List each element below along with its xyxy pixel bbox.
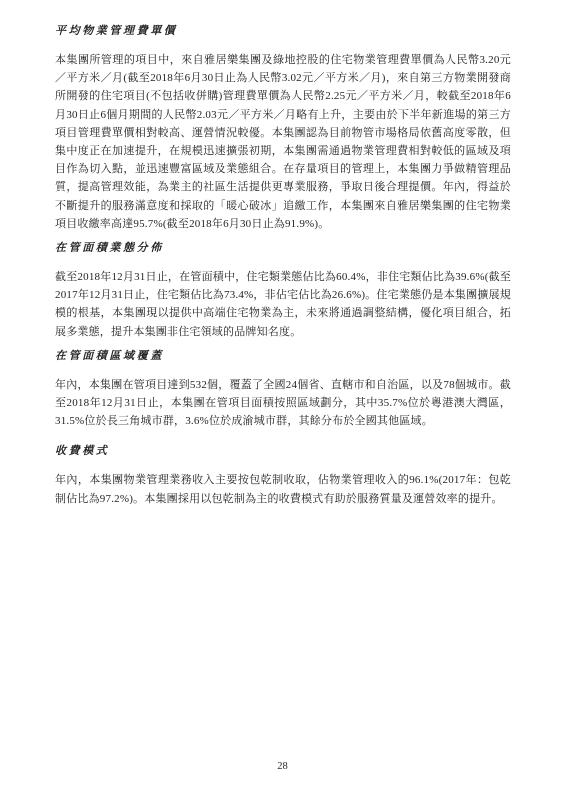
section-gfa-regional-coverage: 在管面積區域覆蓋 年內，本集團在管項目達到532個，覆蓋了全國24個省、直轄市和… [55, 349, 511, 431]
section-fee-model: 收費模式 年內，本集團物業管理業務收入主要按包乾制收取，佔物業管理收入的96.1… [55, 444, 511, 507]
page-number: 28 [0, 761, 565, 772]
document-page: 平均物業管理費單價 本集團所管理的項目中，來自雅居樂集團及綠地控股的住宅物業管理… [0, 0, 565, 800]
heading-gfa-regional-coverage: 在管面積區域覆蓋 [55, 349, 511, 363]
page-content: 平均物業管理費單價 本集團所管理的項目中，來自雅居樂集團及綠地控股的住宅物業管理… [55, 24, 511, 508]
paragraph-gfa-business-mix: 截至2018年12月31日止，在管面積中，住宅類業態佔比為60.4%，非住宅類佔… [55, 268, 511, 341]
paragraph-fee-model: 年內，本集團物業管理業務收入主要按包乾制收取，佔物業管理收入的96.1%(201… [55, 471, 511, 507]
heading-gfa-business-mix: 在管面積業態分佈 [55, 241, 511, 255]
heading-average-property-management-fee: 平均物業管理費單價 [55, 24, 511, 38]
paragraph-average-property-management-fee: 本集團所管理的項目中，來自雅居樂集團及綠地控股的住宅物業管理費單價為人民幣3.2… [55, 51, 511, 233]
section-average-property-management-fee: 平均物業管理費單價 本集團所管理的項目中，來自雅居樂集團及綠地控股的住宅物業管理… [55, 24, 511, 233]
paragraph-gfa-regional-coverage: 年內，本集團在管項目達到532個，覆蓋了全國24個省、直轄市和自治區，以及78個… [55, 376, 511, 431]
section-gfa-business-mix: 在管面積業態分佈 截至2018年12月31日止，在管面積中，住宅類業態佔比為60… [55, 241, 511, 341]
heading-fee-model: 收費模式 [55, 444, 511, 458]
